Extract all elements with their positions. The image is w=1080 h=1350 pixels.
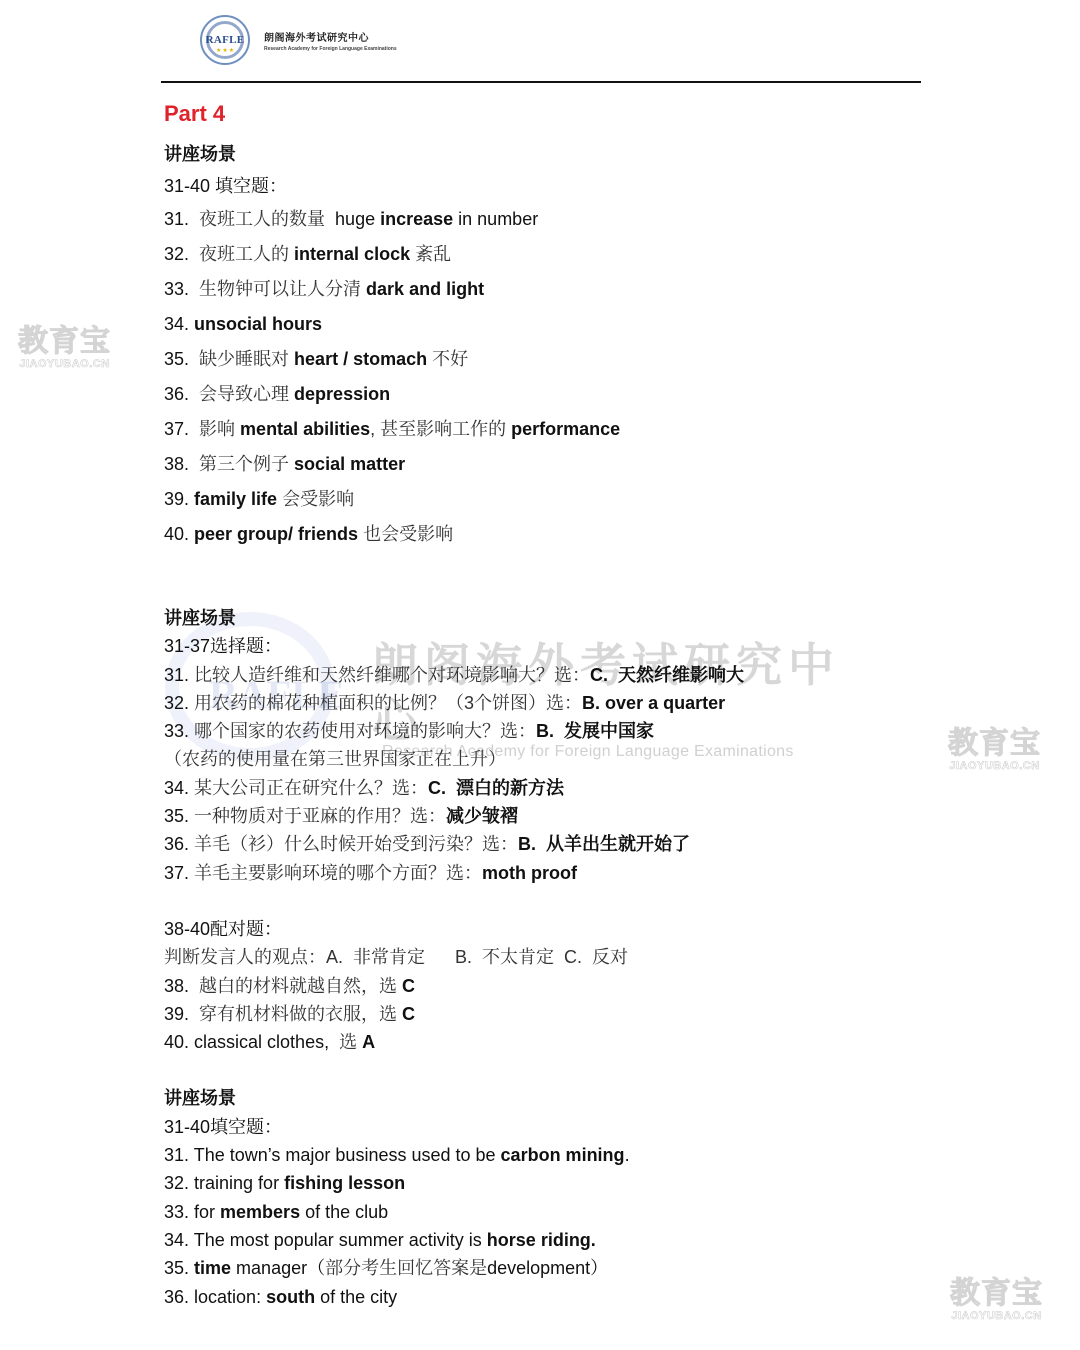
answer-line: 38. 第三个例子 social matter (164, 447, 924, 482)
answer-text: social matter (294, 454, 405, 474)
question-text: 羊毛主要影响环境的哪个方面？选： (194, 863, 482, 883)
answer-text: south (266, 1287, 315, 1307)
answer-text: internal clock (294, 244, 410, 264)
line-text: 39. (164, 1004, 199, 1024)
question-text: 生物钟可以让人分清 (199, 279, 366, 299)
line-text: 40. classical clothes, (164, 1032, 339, 1052)
question-text: 判断发言人的观点：A. 非常肯定 B. 不太肯定 C. 反对 (164, 947, 628, 967)
question-text: 穿有机材料做的衣服，选 (199, 1004, 402, 1024)
answer-line: （农药的使用量在第三世界国家正在上升） (164, 745, 924, 773)
answer-text: members (220, 1202, 300, 1222)
answer-line: 31. 比较人造纤维和天然纤维哪个对环境影响大？选：C. 天然纤维影响大 (164, 661, 924, 689)
rafle-logo: RAFLE ★★★ (200, 15, 250, 65)
answer-line: 37. 羊毛主要影响环境的哪个方面？选：moth proof (164, 859, 924, 887)
answer-line: 35. 一种物质对于亚麻的作用？选：减少皱褶 (164, 802, 924, 830)
answer-text: family life (194, 489, 277, 509)
section-lecture-choice: 讲座场景 31-37选择题： 31. 比较人造纤维和天然纤维哪个对环境影响大？选… (164, 604, 924, 887)
answer-line: 34. unsocial hours (164, 307, 924, 342)
section-matching: 38-40配对题： 判断发言人的观点：A. 非常肯定 B. 不太肯定 C. 反对… (164, 915, 924, 1056)
line-text: 37. (164, 419, 199, 439)
answer-line: 35. time manager（部分考生回忆答案是development） (164, 1254, 924, 1282)
line-text: 31. (164, 209, 199, 229)
question-text: 不好 (427, 349, 468, 369)
answer-text: C. 天然纤维影响大 (590, 665, 744, 685)
section-heading: 讲座场景 (164, 604, 924, 632)
question-text: 缺少睡眠对 (199, 349, 294, 369)
section-lecture-fill-2: 讲座场景 31-40填空题： 31. The town’s major busi… (164, 1084, 924, 1310)
org-name: 朗阁海外考试研究中心 Research Academy for Foreign … (264, 29, 397, 52)
section-subtitle: 31-37选择题： (164, 632, 924, 660)
question-text: 第三个例子 (199, 454, 294, 474)
answer-list: 判断发言人的观点：A. 非常肯定 B. 不太肯定 C. 反对38. 越白的材料就… (164, 943, 924, 1056)
line-text: in number (453, 209, 538, 229)
line-text: 32. (164, 244, 199, 264)
answer-text: moth proof (482, 863, 577, 883)
answer-text: C (402, 1004, 415, 1024)
watermark-cn: 教育宝 (950, 1278, 1043, 1310)
section-subtitle: 31-40 填空题： (164, 170, 924, 202)
line-text: 34. The most popular summer activity is (164, 1230, 487, 1250)
question-text: 部分考生回忆答案是 (325, 1258, 487, 1278)
question-text: 影响 (199, 419, 240, 439)
answer-line: 34. The most popular summer activity is … (164, 1226, 924, 1254)
answer-line: 39. family life 会受影响 (164, 482, 924, 517)
question-text: 比较人造纤维和天然纤维哪个对环境影响大？选： (194, 665, 590, 685)
answer-line: 33. 哪个国家的农药使用对环境的影响大？选：B. 发展中国家 (164, 717, 924, 745)
part-title: Part 4 (164, 96, 924, 132)
answer-text: carbon mining (501, 1145, 625, 1165)
line-text: 37. (164, 863, 194, 883)
watermark-right-middle: 教育宝 JIAOYUBAO.CN (948, 728, 1041, 772)
question-text: 夜班工人的数量 (199, 209, 335, 229)
line-text: huge (335, 209, 380, 229)
org-name-en: Research Academy for Foreign Language Ex… (264, 46, 397, 52)
org-name-cn: 朗阁海外考试研究中心 (264, 29, 397, 44)
answer-text: increase (380, 209, 453, 229)
question-text: 哪个国家的农药使用对环境的影响大？选： (194, 721, 536, 741)
logo-text: RAFLE (206, 34, 245, 46)
answer-line: 32. 夜班工人的 internal clock 紊乱 (164, 237, 924, 272)
line-text: 31. The town’s major business used to be (164, 1145, 501, 1165)
line-text: manager（ (231, 1258, 325, 1278)
line-text: 33. (164, 279, 199, 299)
answer-text: 减少皱褶 (446, 806, 518, 826)
answer-text: C (402, 976, 415, 996)
section-lecture-fill-1: 讲座场景 31-40 填空题： 31. 夜班工人的数量 huge increas… (164, 138, 924, 552)
answer-text: heart / stomach (294, 349, 427, 369)
line-text: 35. (164, 349, 199, 369)
answer-text: unsocial hours (194, 314, 322, 334)
answer-text: B. 发展中国家 (536, 721, 654, 741)
answer-line: 36. location: south of the city (164, 1283, 924, 1311)
line-text: 35. (164, 806, 194, 826)
line-text: 33. (164, 721, 194, 741)
line-text: 33. for (164, 1202, 220, 1222)
logo-stars-icon: ★★★ (216, 47, 235, 54)
section-heading: 讲座场景 (164, 1084, 924, 1112)
line-text: 32. training for (164, 1173, 284, 1193)
watermark-en: JIAOYUBAO.CN (19, 358, 109, 370)
line-text: 38. (164, 976, 199, 996)
answer-text: performance (511, 419, 620, 439)
answer-text: peer group/ friends (194, 524, 358, 544)
question-text: 越白的材料就越自然，选 (199, 976, 402, 996)
question-text: （农药的使用量在第三世界国家正在上升） (164, 749, 506, 769)
answer-text: fishing lesson (284, 1173, 405, 1193)
watermark-en: JIAOYUBAO.CN (949, 760, 1039, 772)
answer-line: 32. 用农药的棉花种植面积的比例？（3个饼图）选：B. over a quar… (164, 689, 924, 717)
answer-line: 39. 穿有机材料做的衣服，选 C (164, 1000, 924, 1028)
answer-text: time (194, 1258, 231, 1278)
answer-text: horse riding. (487, 1230, 596, 1250)
answer-text: B. over a quarter (582, 693, 725, 713)
line-text: development） (487, 1258, 608, 1278)
answer-line: 判断发言人的观点：A. 非常肯定 B. 不太肯定 C. 反对 (164, 943, 924, 971)
question-text: 选 (339, 1032, 362, 1052)
question-text: 会受影响 (277, 489, 354, 509)
watermark-en: JIAOYUBAO.CN (951, 1310, 1041, 1322)
line-text: 34. (164, 314, 194, 334)
line-text: 38. (164, 454, 199, 474)
answer-list: 31. 比较人造纤维和天然纤维哪个对环境影响大？选：C. 天然纤维影响大32. … (164, 661, 924, 887)
question-text: 用农药的棉花种植面积的比例？（3个饼图）选： (194, 693, 582, 713)
watermark-left: 教育宝 JIAOYUBAO.CN (18, 326, 111, 370)
line-text: . (625, 1145, 630, 1165)
line-text: 34. (164, 778, 194, 798)
line-text: 31. (164, 665, 194, 685)
answer-line: 33. 生物钟可以让人分清 dark and light (164, 272, 924, 307)
answer-line: 38. 越白的材料就越自然，选 C (164, 972, 924, 1000)
line-text: 40. (164, 524, 194, 544)
document-header: RAFLE ★★★ 朗阁海外考试研究中心 Research Academy fo… (200, 14, 397, 66)
line-text: 36. (164, 384, 199, 404)
answer-line: 35. 缺少睡眠对 heart / stomach 不好 (164, 342, 924, 377)
header-divider (161, 81, 921, 83)
question-text: , 甚至影响工作的 (370, 419, 511, 439)
line-text: 32. (164, 693, 194, 713)
answer-line: 33. for members of the club (164, 1198, 924, 1226)
answer-text: depression (294, 384, 390, 404)
section-subtitle: 31-40填空题： (164, 1113, 924, 1141)
question-text: 夜班工人的 (199, 244, 294, 264)
answer-line: 34. 某大公司正在研究什么？选：C. 漂白的新方法 (164, 774, 924, 802)
question-text: 某大公司正在研究什么？选： (194, 778, 428, 798)
question-text: 羊毛（衫）什么时候开始受到污染？选： (194, 834, 518, 854)
answer-line: 32. training for fishing lesson (164, 1169, 924, 1197)
line-text: 35. (164, 1258, 194, 1278)
answer-list: 31. The town’s major business used to be… (164, 1141, 924, 1311)
watermark-right-bottom: 教育宝 JIAOYUBAO.CN (950, 1278, 1043, 1322)
question-text: 会导致心理 (199, 384, 294, 404)
line-text: 36. (164, 834, 194, 854)
question-text: 一种物质对于亚麻的作用？选： (194, 806, 446, 826)
answer-list: 31. 夜班工人的数量 huge increase in number32. 夜… (164, 202, 924, 552)
answer-text: C. 漂白的新方法 (428, 778, 564, 798)
answer-line: 36. 会导致心理 depression (164, 377, 924, 412)
answer-line: 36. 羊毛（衫）什么时候开始受到污染？选：B. 从羊出生就开始了 (164, 830, 924, 858)
answer-line: 40. classical clothes, 选 A (164, 1028, 924, 1056)
answer-line: 31. The town’s major business used to be… (164, 1141, 924, 1169)
question-text: 紊乱 (410, 244, 451, 264)
answer-line: 31. 夜班工人的数量 huge increase in number (164, 202, 924, 237)
answer-line: 40. peer group/ friends 也会受影响 (164, 517, 924, 552)
question-text: 也会受影响 (358, 524, 453, 544)
section-heading: 讲座场景 (164, 138, 924, 170)
document-body: Part 4 讲座场景 31-40 填空题： 31. 夜班工人的数量 huge … (164, 96, 924, 1311)
line-text: of the city (315, 1287, 397, 1307)
section-subtitle: 38-40配对题： (164, 915, 924, 943)
watermark-cn: 教育宝 (18, 326, 111, 358)
line-text: 36. location: (164, 1287, 266, 1307)
answer-text: A (362, 1032, 375, 1052)
answer-text: B. 从羊出生就开始了 (518, 834, 690, 854)
answer-text: mental abilities (240, 419, 370, 439)
watermark-cn: 教育宝 (948, 728, 1041, 760)
line-text: of the club (300, 1202, 388, 1222)
answer-text: dark and light (366, 279, 484, 299)
line-text: 39. (164, 489, 194, 509)
answer-line: 37. 影响 mental abilities, 甚至影响工作的 perform… (164, 412, 924, 447)
